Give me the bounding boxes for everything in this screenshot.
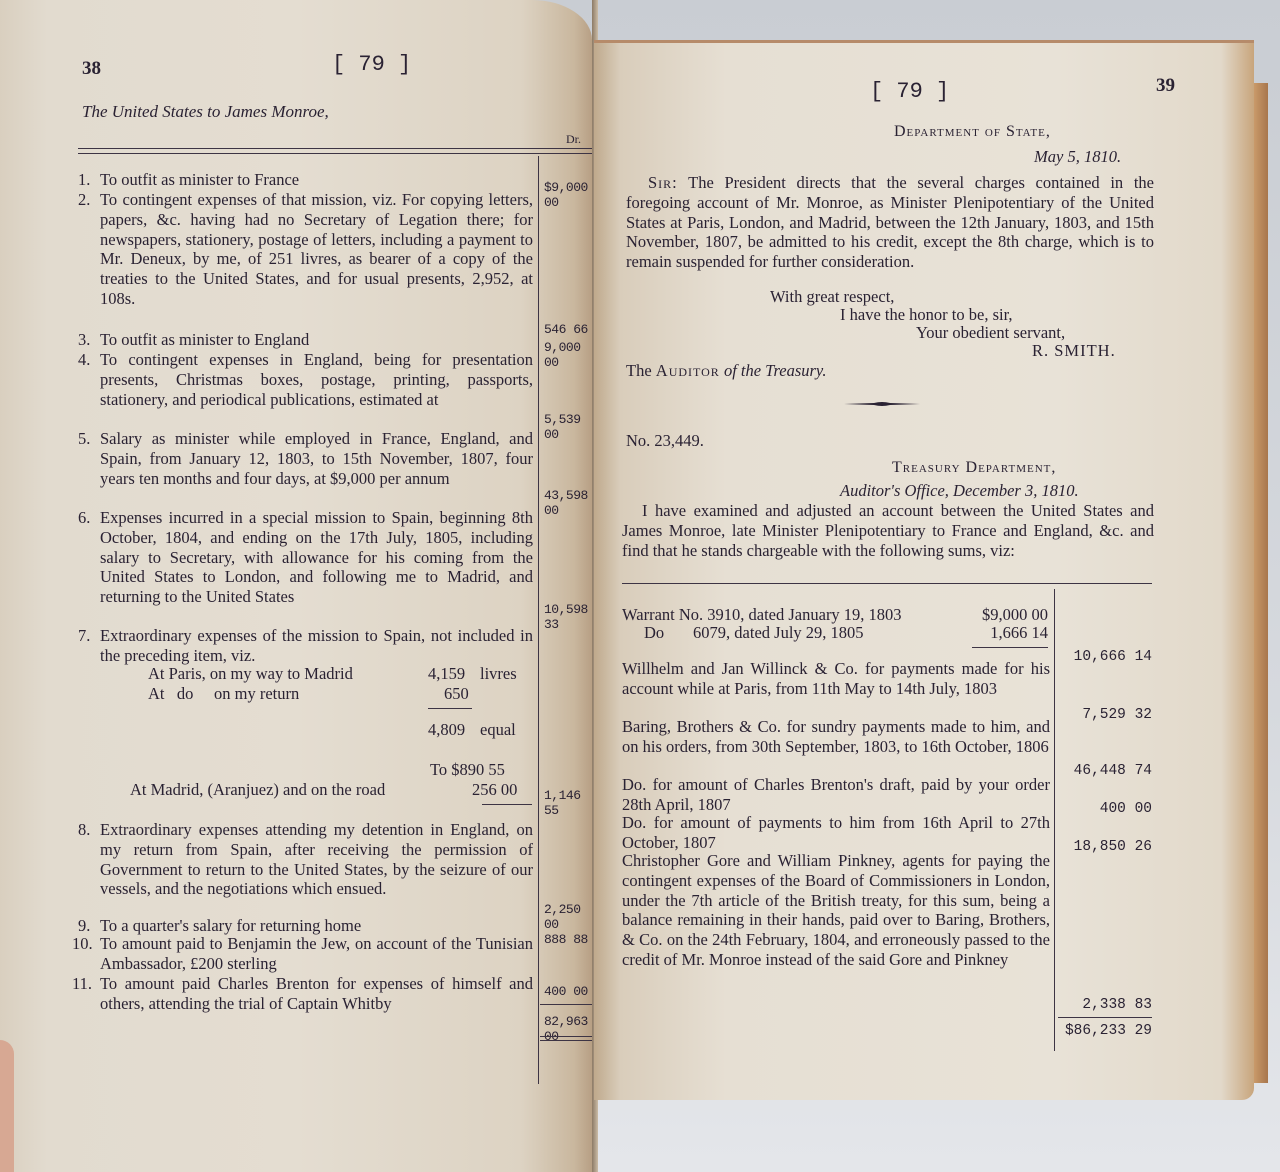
warrant-2-label: Do 6079, dated July 29, 1805 [644, 623, 864, 643]
item7-paris-way-value: 4,159 [428, 664, 465, 684]
total-double-rule [540, 1036, 596, 1041]
page-number: 39 [1156, 75, 1175, 97]
entry-baring-amount: 46,448 74 [1062, 763, 1152, 779]
entry-payments-1807: Do. for amount of payments to him from 1… [622, 813, 1050, 853]
letter-body: Sir: The President directs that the seve… [626, 173, 1154, 272]
debit-column-header: Dr. [566, 132, 581, 147]
item7-paris-return-label: At do on my return [148, 684, 299, 704]
madrid-rule [482, 804, 532, 805]
entry-willinck-amount: 7,529 32 [1062, 707, 1152, 723]
page-number: 38 [82, 58, 101, 80]
report-number: No. 23,449. [626, 431, 704, 451]
item7-dollar-conversion: To $890 55 [430, 760, 505, 780]
ledger-total: $86,233 29 [1062, 1023, 1152, 1039]
double-rule [78, 148, 598, 154]
entry-gore-pinkney-amount: 2,338 83 [1062, 997, 1152, 1013]
letter-closing-2: I have the honor to be, sir, [840, 305, 1013, 325]
entry-payments-1807-amount: 18,850 26 [1062, 839, 1152, 855]
amount-column-rule [1054, 589, 1055, 1051]
ledger-amount-6: 10,598 33 [544, 602, 598, 632]
ledger-item-9: 9.To a quarter's salary for returning ho… [78, 916, 533, 936]
total-rule [540, 1004, 596, 1005]
ornamental-divider [844, 401, 920, 407]
ledger-item-8: 8.Extraordinary expenses attending my de… [78, 820, 533, 899]
ledger-amount-9: 888 88 [544, 932, 588, 947]
warrant-subtotal-rule [972, 647, 1048, 648]
subtotal-rule [428, 708, 472, 709]
document-number: [ 79 ] [332, 52, 411, 77]
letter-date: May 5, 1810. [1034, 147, 1121, 167]
item7-paris-return-value: 650 [444, 684, 469, 704]
ledger-item-1: 1.To outfit as minister to France [78, 170, 533, 190]
warrant-1-amount: $9,000 00 [962, 605, 1048, 625]
ledger-item-5: 5.Salary as minister while employed in F… [78, 429, 533, 488]
ledger-amount-1: $9,000 00 [544, 180, 598, 210]
ledger-amount-7: 1,146 55 [544, 788, 598, 818]
ledger-item-10: 10.To amount paid to Benjamin the Jew, o… [78, 934, 533, 974]
warrant-2-amount: 1,666 14 [962, 623, 1048, 643]
ledger-amount-5: 43,598 00 [544, 488, 598, 518]
letter-addressee: The Auditor of the Treasury. [626, 361, 826, 381]
ledger-amount-2: 546 66 [544, 322, 588, 337]
warrant-1-label: Warrant No. 3910, dated January 19, 1803 [622, 605, 902, 625]
ledger-item-2: 2.To contingent expenses of that mission… [78, 190, 533, 309]
letter-closing-3: Your obedient servant, [916, 323, 1065, 343]
right-page: [ 79 ] 39 Department of State, May 5, 18… [594, 40, 1254, 1100]
warrant-subtotal: 10,666 14 [1062, 649, 1152, 665]
entry-willinck: Willhelm and Jan Willinck & Co. for paym… [622, 659, 1050, 699]
ledger-item-11: 11.To amount paid Charles Brenton for ex… [78, 974, 533, 1014]
item7-paris-way-label: At Paris, on my way to Madrid [148, 664, 353, 684]
left-page: 38 [ 79 ] The United States to James Mon… [0, 0, 592, 1172]
total-rule [1058, 1017, 1152, 1018]
report-intro: I have examined and adjusted an account … [622, 501, 1154, 560]
entry-gore-pinkney: Christopher Gore and William Pinkney, ag… [622, 851, 1050, 970]
letter-closing-1: With great respect, [770, 287, 894, 307]
item7-subtotal-value: 4,809 [428, 720, 465, 740]
item7-paris-way-unit: livres [480, 664, 517, 684]
ledger-amount-10: 400 00 [544, 984, 588, 999]
letter-department: Department of State, [894, 123, 1051, 141]
report-department: Treasury Department, [892, 459, 1056, 477]
item7-madrid-label: At Madrid, (Aranjuez) and on the road [130, 780, 385, 800]
item7-madrid-value: 256 00 [472, 780, 517, 800]
ledger-item-3: 3.To outfit as minister to England [78, 330, 533, 350]
entry-brenton-draft-amount: 400 00 [1062, 801, 1152, 817]
account-heading: The United States to James Monroe, [82, 102, 329, 122]
item7-subtotal-unit: equal [480, 720, 516, 740]
ledger-item-4: 4.To contingent expenses in England, bei… [78, 350, 533, 409]
thumb [0, 1040, 14, 1172]
ledger-top-rule [622, 583, 1152, 584]
letter-signature: R. SMITH. [1032, 341, 1116, 361]
document-number: [ 79 ] [870, 79, 949, 104]
amount-column-rule [538, 156, 539, 1084]
ledger-amount-3: 9,000 00 [544, 340, 598, 370]
ledger-amount-8: 2,250 00 [544, 902, 598, 932]
report-office-date: Auditor's Office, December 3, 1810. [840, 481, 1079, 501]
ledger-item-6: 6.Expenses incurred in a special mission… [78, 508, 533, 607]
ledger-item-7: 7.Extraordinary expenses of the mission … [78, 626, 533, 666]
entry-brenton-draft: Do. for amount of Charles Brenton's draf… [622, 775, 1050, 815]
ledger-amount-4: 5,539 00 [544, 412, 598, 442]
entry-baring: Baring, Brothers & Co. for sundry paymen… [622, 717, 1050, 757]
